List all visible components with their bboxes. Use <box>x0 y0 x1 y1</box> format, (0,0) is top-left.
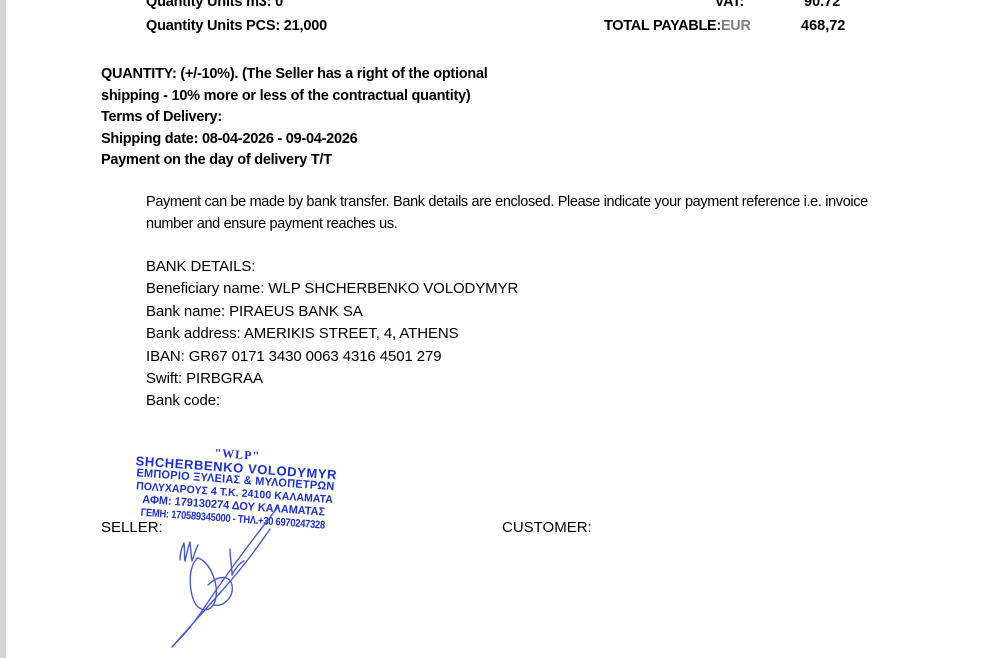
beneficiary-name: Beneficiary name: WLP SHCHERBENKO VOLODY… <box>146 278 518 300</box>
invoice-page: Quantity Units m3: 0 Quantity Units PCS:… <box>6 0 997 658</box>
swift-code: Swift: PIRBGRAA <box>146 368 518 390</box>
vat-value: 90.72 <box>804 0 840 10</box>
bank-address: Bank address: AMERIKIS STREET, 4, ATHENS <box>146 323 518 345</box>
payment-terms: Payment on the day of delivery T/T <box>101 150 488 172</box>
bank-name: Bank name: PIRAEUS BANK SA <box>146 301 518 323</box>
iban: IBAN: GR67 0171 3430 0063 4316 4501 279 <box>146 346 518 368</box>
quantity-tolerance-line-2: shipping - 10% more or less of the contr… <box>101 86 488 108</box>
quantity-tolerance-line-1: QUANTITY: (+/-10%). (The Seller has a ri… <box>101 64 488 86</box>
seller-label: SELLER: <box>101 519 163 536</box>
payment-note: Payment can be made by bank transfer. Ba… <box>146 192 906 235</box>
quantity-units-m3: Quantity Units m3: 0 <box>146 0 283 10</box>
quantity-units-pcs: Quantity Units PCS: 21,000 <box>146 18 327 34</box>
total-currency: EUR <box>721 18 751 34</box>
total-payable-label: TOTAL PAYABLE:EUR <box>604 18 751 34</box>
total-payable-text: TOTAL PAYABLE: <box>604 18 721 34</box>
seller-signature-icon <box>166 505 286 655</box>
total-payable-value: 468,72 <box>801 18 845 34</box>
terms-of-delivery: Terms of Delivery: <box>101 107 488 129</box>
vat-label: VAT: <box>715 0 744 10</box>
bank-code: Bank code: <box>146 390 518 412</box>
terms-block: QUANTITY: (+/-10%). (The Seller has a ri… <box>101 64 488 172</box>
customer-label: CUSTOMER: <box>502 519 592 536</box>
shipping-date: Shipping date: 08-04-2026 - 09-04-2026 <box>101 129 488 151</box>
bank-details: BANK DETAILS: Beneficiary name: WLP SHCH… <box>146 256 518 413</box>
bank-details-heading: BANK DETAILS: <box>146 256 518 278</box>
